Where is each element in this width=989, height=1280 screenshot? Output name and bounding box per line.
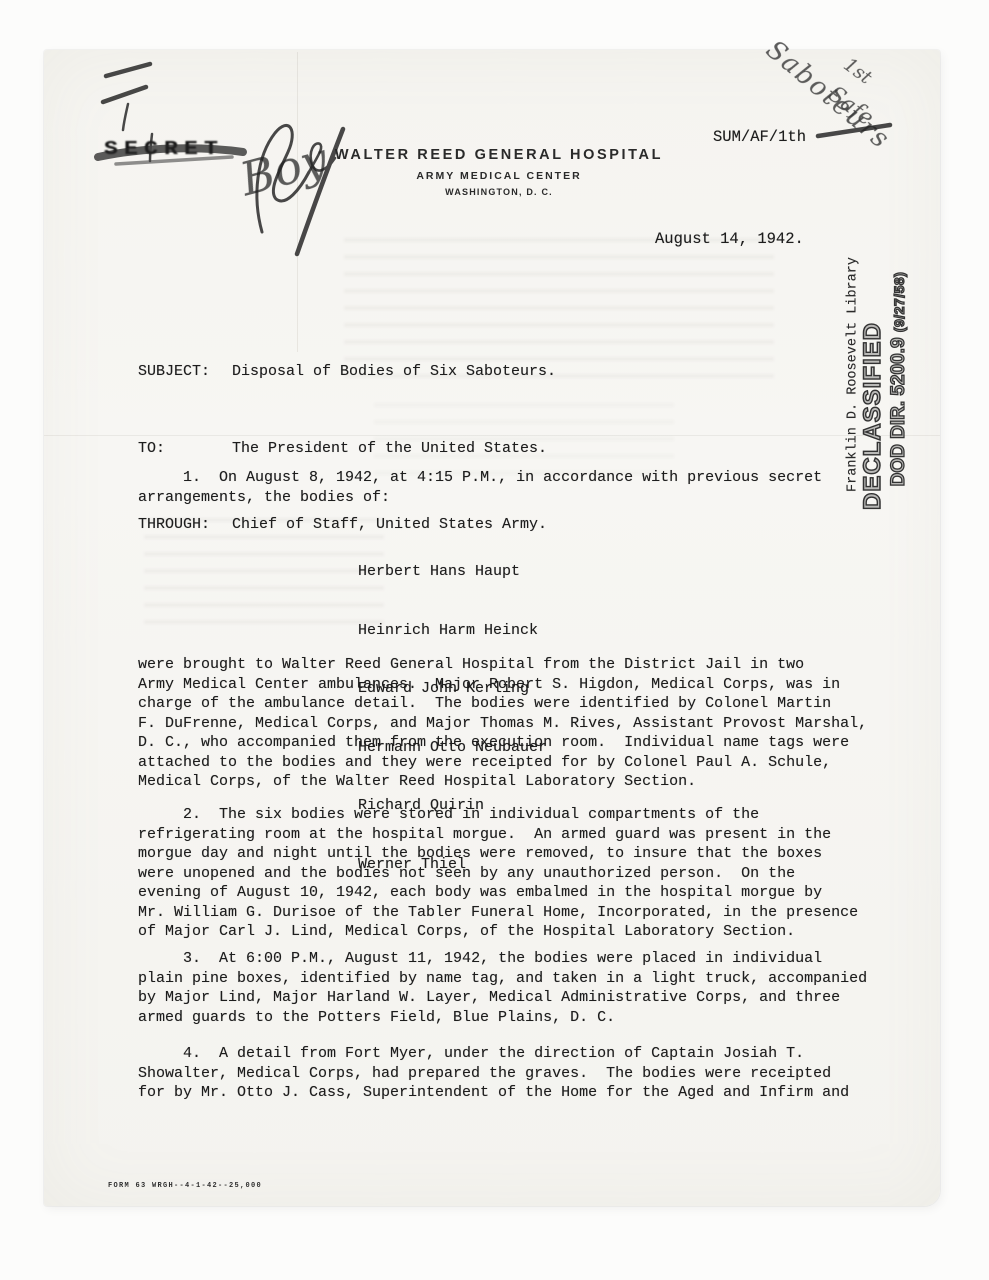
document-scan: { "doc": { "ref": "SUM/AF/1th", "date": … bbox=[0, 0, 989, 1280]
paragraph-4: 4. A detail from Fort Myer, under the di… bbox=[138, 1044, 908, 1103]
routing-row-subject: SUBJECT:Disposal of Bodies of Six Sabote… bbox=[138, 362, 556, 382]
dod-directive-text: DOD DIR. 5200.9 bbox=[888, 337, 909, 486]
form-number: FORM 63 WRGH--4-1-42--25,000 bbox=[108, 1182, 262, 1190]
struck-classification-secret: SECRET bbox=[104, 140, 224, 160]
letterhead-city: WASHINGTON, D. C. bbox=[314, 187, 684, 197]
paragraph-3: 3. At 6:00 P.M., August 11, 1942, the bo… bbox=[138, 949, 908, 1027]
paragraph-1-continuation: were brought to Walter Reed General Hosp… bbox=[138, 655, 908, 792]
letterhead-center: ARMY MEDICAL CENTER bbox=[314, 170, 684, 182]
handwritten-note-1st: 1st bbox=[839, 53, 876, 88]
routing-label: SUBJECT: bbox=[138, 362, 232, 382]
routing-value: Disposal of Bodies of Six Saboteurs. bbox=[232, 363, 556, 380]
reference-number: SUM/AF/1th bbox=[713, 128, 806, 148]
list-item: Heinrich Harm Heinck bbox=[358, 621, 547, 641]
routing-label: TO: bbox=[138, 439, 232, 459]
date-line: August 14, 1942. bbox=[655, 230, 804, 250]
paper-crease-vertical bbox=[297, 52, 298, 352]
list-item: Herbert Hans Haupt bbox=[358, 562, 547, 582]
routing-value: The President of the United States. bbox=[232, 440, 547, 457]
routing-label: THROUGH: bbox=[138, 515, 232, 535]
letterhead-hospital: WALTER REED GENERAL HOSPITAL bbox=[314, 147, 684, 163]
letter-page: SECRET WALTER REED GENERAL HOSPITAL ARMY… bbox=[44, 50, 940, 1206]
routing-row-to: TO:The President of the United States. bbox=[138, 439, 556, 459]
dod-directive-date: (9/27/58) bbox=[891, 272, 907, 333]
letterhead: WALTER REED GENERAL HOSPITAL ARMY MEDICA… bbox=[314, 147, 684, 197]
paragraph-1-intro: 1. On August 8, 1942, at 4:15 P.M., in a… bbox=[138, 468, 908, 507]
paragraph-2: 2. The six bodies were stored in individ… bbox=[138, 805, 908, 942]
